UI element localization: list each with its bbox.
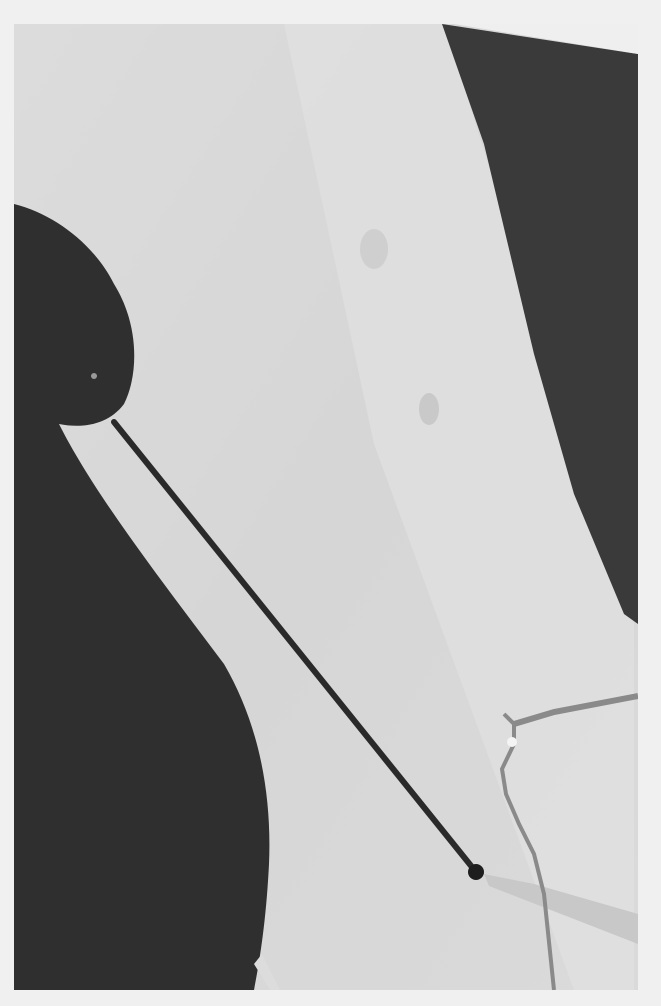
shadow-speck xyxy=(91,373,97,379)
photograph xyxy=(14,24,638,990)
pebble xyxy=(507,737,517,747)
stain xyxy=(360,229,388,269)
stick-tip xyxy=(468,864,484,880)
photo-scene xyxy=(14,24,638,990)
stain xyxy=(419,393,439,425)
